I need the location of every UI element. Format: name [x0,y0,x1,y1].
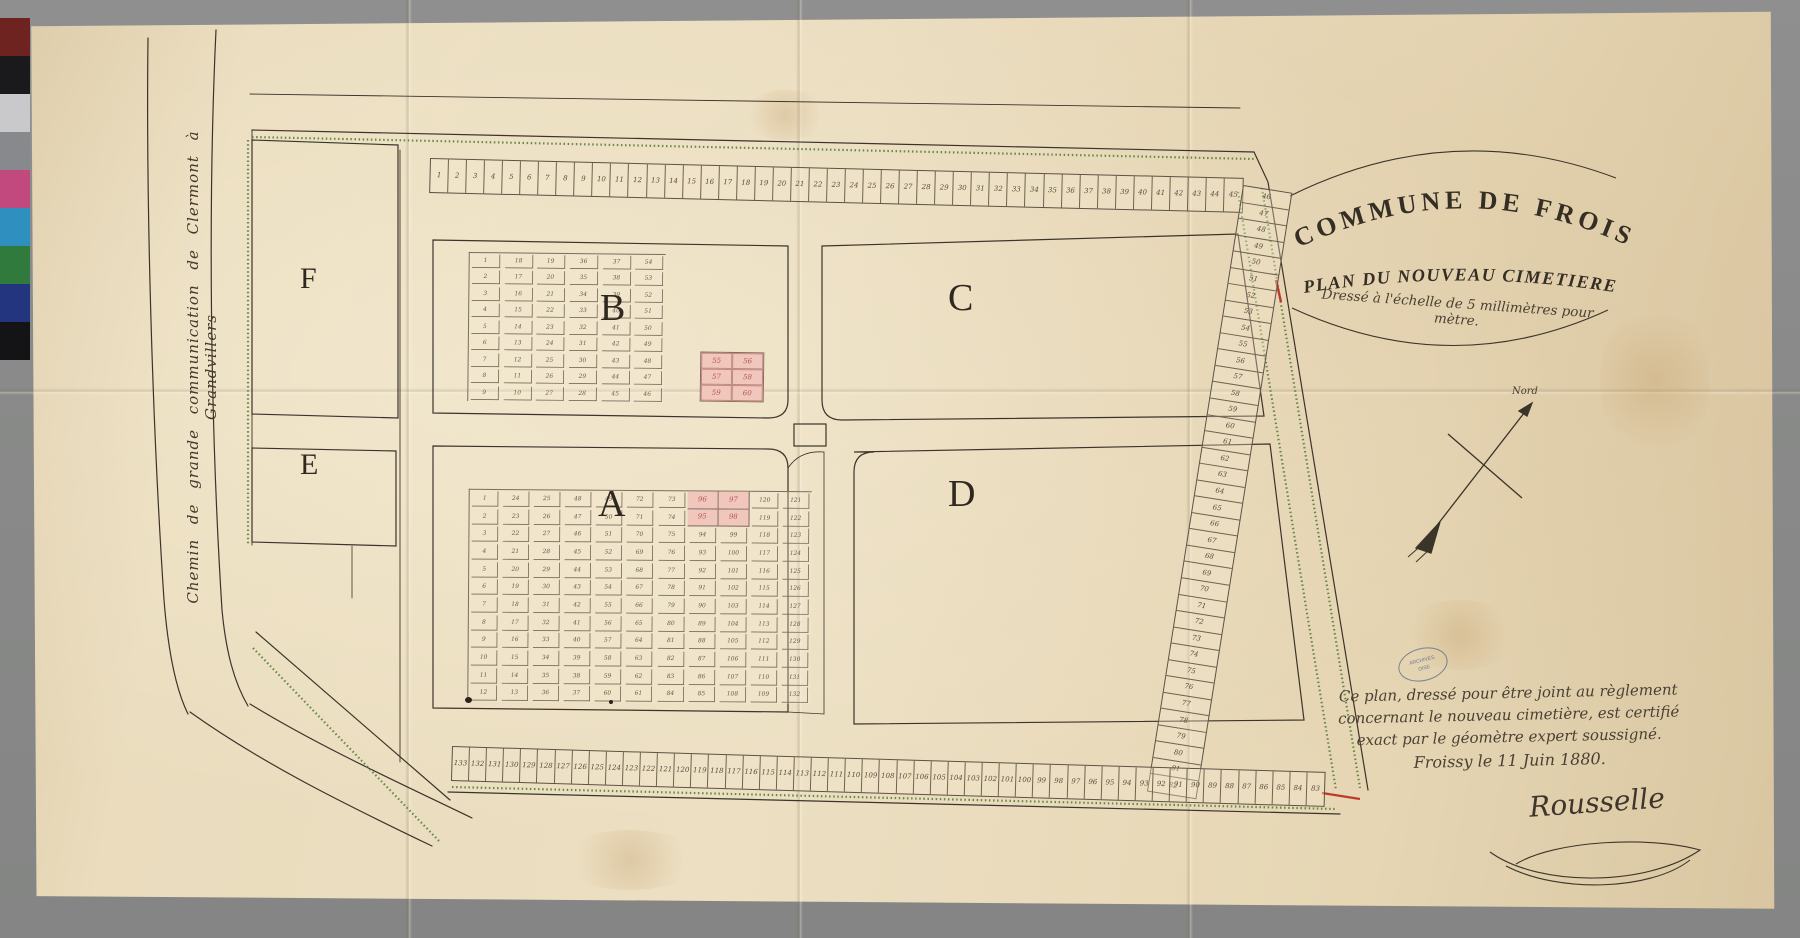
plot-cell: 19 [755,167,774,200]
color-calibration-target [0,18,30,360]
plot-cell: 55 [701,353,732,369]
ink-blot [609,700,613,704]
grave-plot-cell: 43 [565,580,592,595]
plot-cell: 112 [811,758,829,791]
plot-cell: 40 [1134,176,1153,209]
grave-plot-cell: 127 [782,599,809,614]
plot-cell: 30 [953,172,972,205]
grave-plot-cell: 86 [688,669,715,684]
calibration-patch [0,246,30,284]
plot-cell: 132 [469,748,487,781]
plot-cell: 15 [683,165,702,198]
grave-plot-cell: 16 [502,633,529,648]
grave-plot-cell: 124 [782,546,809,561]
plot-cell: 125 [589,751,607,784]
grave-plot-cell: 65 [627,616,654,631]
plot-cell: 5 [502,161,521,194]
grave-plot-cell: 27 [536,386,564,400]
plot-cell: 102 [982,763,1000,796]
stamp-line1: ARCHIVES [1409,655,1435,666]
grave-plot-cell: 120 [752,493,779,508]
grave-plot-cell: 6 [471,579,498,594]
grave-plot-cell: 7 [471,597,498,612]
grave-plot-cell: 78 [658,581,685,596]
grave-plot-cell: 8 [471,615,498,630]
plot-cell: 22 [809,168,828,201]
grave-plot-cell: 13 [502,686,529,701]
grave-plot-cell: 51 [596,527,623,542]
grave-plot-cell: 44 [565,562,592,577]
grave-plot-cell: 91 [689,581,716,596]
plot-cell: 96 [1084,766,1102,799]
plot-cell: 120 [674,754,692,787]
grave-plot-cell: 84 [657,687,684,702]
plot-cell: 127 [555,750,573,783]
plot-cell: 113 [794,757,812,790]
plot-cell: 6 [520,161,539,194]
plot-cell: 99 [1033,764,1051,797]
plot-cell: 94 [1119,767,1137,800]
grave-plot-cell: 54 [596,580,623,595]
plot-cell: 60 [732,385,763,401]
ink-blot [465,697,472,703]
grave-plot-cell: 8 [471,369,499,383]
grave-plot-cell: 10 [471,650,498,665]
plot-cell: 14 [665,165,684,198]
grave-plot-cell: 42 [602,338,630,352]
grave-plot-cell: 9 [471,632,498,647]
plot-cell: 111 [828,758,846,791]
plot-cell: 8 [556,162,575,195]
grave-plot-cell: 131 [782,670,809,685]
plot-cell: 28 [917,171,936,204]
stamp-line2: OISE [1417,664,1430,672]
grave-plot-cell: 7 [471,353,499,367]
grave-plot-cell: 58 [595,651,622,666]
grave-plot-cell: 23 [537,321,565,335]
grave-plot-cell: 35 [533,668,560,683]
plot-cell: 10 [593,163,612,196]
grave-plot-cell: 123 [783,529,810,544]
grave-plot-cell: 104 [720,617,747,632]
grave-plot-cell: 126 [782,582,809,597]
plot-cell: 114 [777,757,795,790]
grave-plot-cell: 14 [502,668,529,683]
plot-cell: 38 [1098,175,1117,208]
grave-plot-cell: 57 [595,633,622,648]
grave-plot-cell: 122 [783,511,810,526]
plot-cell: 92 [1153,768,1171,801]
plot-cell: 23 [827,169,846,202]
plot-cell: 7 [538,162,557,195]
grave-plot-cell: 21 [503,544,530,559]
grave-plot-cell: 93 [689,546,716,561]
grave-plot-cell: 1 [472,491,499,506]
grave-plot-cell: 42 [564,598,591,613]
plot-cell: 12 [629,164,648,197]
plot-cell: 9 [574,163,593,196]
plot-cell: 37 [1080,175,1099,208]
plot-cell: 42 [1170,177,1189,210]
grave-plot-cell: 37 [603,256,631,270]
grave-plot-cell: 72 [627,492,654,507]
grave-plot-cell: 30 [534,580,561,595]
grave-plot-cell: 100 [720,546,747,561]
grave-plot-cell: 33 [570,305,598,319]
plot-cell: 110 [845,759,863,792]
grave-plot-cell: 130 [782,652,809,667]
grave-plot-cell: 41 [564,615,591,630]
grave-plot-cell: 26 [534,509,561,524]
grave-plot-cell: 101 [720,564,747,579]
grave-plot-cell: 32 [569,321,597,335]
grave-plot-cell: 47 [565,509,592,524]
grave-plot-cell: 4 [472,304,500,318]
grave-plot-cell: 35 [570,272,598,286]
plot-cell: 13 [647,164,666,197]
grave-plot-cell: 23 [503,509,530,524]
grave-plot-cell: 15 [502,650,529,665]
section-label-A: A [598,482,625,526]
fold-crease [405,0,412,938]
grave-plot-cell: 19 [502,580,529,595]
plot-cell: 39 [1116,176,1135,209]
grave-plot-cell: 29 [569,370,597,384]
plot-cell: 91 [1170,768,1188,801]
grave-plot-cell: 92 [689,563,716,578]
grave-plot-cell: 9 [471,386,499,400]
grave-plot-cell: 128 [782,617,809,632]
plot-cell: 115 [760,756,778,789]
grave-plot-cell: 85 [688,687,715,702]
plot-cell: 18 [737,167,756,200]
plot-cell: 41 [1152,177,1171,210]
grave-plot-cell: 34 [570,288,598,302]
grave-plot-cell: 45 [565,545,592,560]
fold-crease [796,0,803,938]
reserved-plots-section-b: 555657585960 [700,352,765,403]
plot-cell: 34 [1025,174,1044,207]
section-label-D: D [948,472,975,516]
calibration-patch [0,284,30,322]
grave-plot-cell: 103 [720,599,747,614]
grave-plot-cell: 66 [627,598,654,613]
grave-plot-cell: 25 [536,354,564,368]
grave-plot-cell: 55 [596,598,623,613]
grave-plot-cell: 115 [751,581,778,596]
plot-cell: 36 [1062,174,1081,207]
grave-plot-cell: 48 [565,492,592,507]
plot-cell: 20 [773,167,792,200]
grave-plot-cell: 2 [472,509,499,524]
grave-plot-cell: 20 [537,271,565,285]
grave-plot-cell: 11 [471,668,498,683]
grave-plot-cell: 38 [603,272,631,286]
section-label-B: B [600,286,625,330]
grave-plot-cell: 25 [534,492,561,507]
grave-plot-cell: 80 [658,616,685,631]
grave-plot-cell: 3 [472,526,499,541]
plot-cell: 35 [1043,174,1062,207]
grave-plot-cell: 22 [537,304,565,318]
grave-plot-cell: 73 [658,492,685,507]
grave-plot-cell: 94 [689,528,716,543]
grave-plot-cell: 49 [635,338,663,352]
plot-cell: 89 [1204,769,1222,802]
plot-cell: 26 [881,170,900,203]
grave-plot-cell: 63 [626,651,653,666]
grave-plot-cell: 71 [627,510,654,525]
road-name-label: Chemin de grande communication de Clermo… [184,72,206,662]
grave-plot-cell: 39 [564,651,591,666]
plot-cell: 90 [1187,769,1205,802]
plot-cell: 43 [1188,178,1207,211]
grave-plot-cell: 32 [533,615,560,630]
grave-plot-cell: 12 [504,353,532,367]
plot-cell: 1 [430,159,449,192]
grave-plot-cell: 2 [472,271,500,285]
plot-cell: 2 [448,159,467,192]
plot-cell: 101 [999,763,1017,796]
grave-plot-cell: 13 [504,337,532,351]
calibration-patch [0,94,30,132]
plot-cell: 121 [657,753,675,786]
grave-plot-cell: 38 [564,668,591,683]
grave-plot-cell: 83 [657,669,684,684]
grave-plot-cell: 11 [504,370,532,384]
grave-plot-cell: 125 [782,564,809,579]
plot-cell: 21 [791,168,810,201]
grave-plot-cell: 37 [564,686,591,701]
grave-plot-cell: 70 [627,528,654,543]
grave-plot-cell: 116 [751,564,778,579]
plot-cell: 105 [931,761,949,794]
grave-plot-cell: 53 [635,272,663,286]
grave-plot-cell: 33 [533,633,560,648]
plot-cell: 131 [486,748,504,781]
grave-plot-cell: 129 [782,635,809,650]
grave-plot-cell: 77 [658,563,685,578]
plot-cell: 44 [1206,178,1225,211]
plot-cell: 116 [743,756,761,789]
grave-plot-cell: 51 [635,305,663,319]
grave-plot-cell: 99 [720,528,747,543]
grave-plot-cell: 88 [689,634,716,649]
grave-plot-cell: 64 [626,634,653,649]
grave-plot-cell: 81 [657,634,684,649]
calibration-patch [0,56,30,94]
grave-plot-cell: 12 [471,685,498,700]
plot-cell: 32 [989,173,1008,206]
grave-plot-cell: 10 [503,386,531,400]
grave-grid-section-a: 1234567891011122423222120191817161514132… [467,489,811,704]
grave-plot-cell: 114 [751,599,778,614]
grave-plot-cell: 82 [657,651,684,666]
plot-cell: 59 [701,385,732,401]
grave-plot-cell: 1 [472,254,500,268]
grave-plot-cell: 87 [688,652,715,667]
grave-plot-cell: 67 [627,581,654,596]
grave-plot-cell: 31 [569,337,597,351]
plot-cell: 27 [899,170,918,203]
grave-plot-cell: 21 [537,288,565,302]
north-arrow-label: Nord [1512,386,1538,397]
grave-plot-cell: 26 [536,370,564,384]
grave-plot-cell: 18 [505,255,533,269]
calibration-patch [0,18,30,56]
plot-cell: 118 [708,755,726,788]
plot-cell: 117 [725,755,743,788]
grave-plot-cell: 112 [751,634,778,649]
plot-cell: 4 [484,160,503,193]
grave-plot-cell: 30 [569,354,597,368]
section-label-F: F [300,262,317,296]
grave-plot-cell: 53 [596,563,623,578]
grave-plot-cell: 19 [537,255,565,269]
plot-cell: 100 [1016,764,1034,797]
plot-cell: 86 [1255,771,1273,804]
grave-plot-cell: 27 [534,527,561,542]
grave-plot-cell: 17 [502,615,529,630]
plot-cell: 11 [611,163,630,196]
plot-cell: 16 [701,166,720,199]
plot-cell: 104 [948,762,966,795]
plot-cell: 129 [520,749,538,782]
grave-plot-cell: 95 [687,509,718,527]
plot-cell: 128 [537,750,555,783]
grave-plot-cell: 36 [570,255,598,269]
plot-cell: 95 [1101,766,1119,799]
grave-plot-cell: 5 [471,562,498,577]
grave-plot-cell: 24 [503,491,530,506]
grave-plot-cell: 102 [720,581,747,596]
plot-cell: 88 [1221,770,1239,803]
grave-plot-cell: 48 [634,355,662,369]
grave-plot-cell: 5 [471,320,499,334]
grave-plot-cell: 68 [627,563,654,578]
grave-plot-cell: 62 [626,669,653,684]
grave-plot-cell: 74 [658,510,685,525]
plot-cell: 83 [1307,772,1325,805]
grave-plot-cell: 117 [751,546,778,561]
plot-cell: 57 [701,369,732,385]
plot-cell: 97 [1067,765,1085,798]
grave-plot-cell: 45 [601,387,629,401]
grave-plot-cell: 50 [635,322,663,336]
plot-cell: 107 [896,760,914,793]
plot-cell: 58 [732,369,763,385]
calibration-patch [0,322,30,360]
grave-plot-cell: 98 [718,509,749,527]
plot-cell: 93 [1136,767,1154,800]
grave-plot-cell: 59 [595,669,622,684]
grave-plot-cell: 28 [569,387,597,401]
grave-plot-cell: 110 [751,670,778,685]
grave-plot-cell: 76 [658,545,685,560]
plot-cell: 17 [719,166,738,199]
plot-cell: 108 [879,760,897,793]
grave-plot-cell: 111 [751,652,778,667]
grave-plot-cell: 31 [533,598,560,613]
section-label-E: E [300,448,318,482]
grave-plot-cell: 44 [602,371,630,385]
grave-plot-cell: 29 [534,562,561,577]
grave-plot-cell: 4 [472,544,499,559]
grave-plot-cell: 107 [719,670,746,685]
grave-plot-cell: 56 [595,616,622,631]
grave-plot-cell: 47 [634,371,662,385]
grave-plot-cell: 52 [596,545,623,560]
grave-plot-cell: 113 [751,617,778,632]
plot-cell: 106 [913,761,931,794]
plot-cell: 33 [1007,173,1026,206]
grave-plot-cell: 46 [634,387,662,401]
grave-plot-cell: 17 [505,271,533,285]
calibration-patch [0,132,30,170]
grave-plot-cell: 24 [537,337,565,351]
grave-grid-section-b: 1234567891817161514131211101920212223242… [467,252,666,403]
grave-plot-cell: 108 [719,687,746,702]
plot-cell: 123 [623,752,641,785]
calibration-patch [0,170,30,208]
grave-plot-cell: 119 [752,511,779,526]
grave-plot-cell: 121 [783,493,810,508]
grave-plot-cell: 14 [504,320,532,334]
grave-plot-cell: 52 [635,289,663,303]
grave-plot-cell: 15 [504,304,532,318]
plot-cell: 122 [640,753,658,786]
grave-plot-cell: 34 [533,651,560,666]
grave-plot-cell: 36 [533,686,560,701]
certification-text: Ce plan, dressé pour être joint au règle… [1285,677,1733,776]
grave-plot-cell: 106 [720,652,747,667]
grave-plot-cell: 105 [720,634,747,649]
plot-cell: 103 [965,762,983,795]
grave-plot-cell: 89 [689,616,716,631]
grave-plot-cell: 69 [627,545,654,560]
plot-cell: 56 [732,353,763,369]
plot-cell: 25 [863,170,882,203]
grave-plot-cell: 3 [472,287,500,301]
plot-cell: 31 [971,172,990,205]
grave-plot-cell: 96 [687,491,718,509]
grave-plot-cell: 75 [658,528,685,543]
plot-cell: 119 [691,754,709,787]
grave-plot-cell: 22 [503,527,530,542]
section-label-C: C [948,276,973,320]
grave-plot-cell: 97 [718,492,749,510]
grave-plot-cell: 132 [782,688,809,703]
grave-plot-cell: 46 [565,527,592,542]
grave-plot-cell: 90 [689,599,716,614]
grave-plot-cell: 40 [564,633,591,648]
grave-plot-cell: 18 [502,597,529,612]
grave-plot-cell: 61 [626,687,653,702]
plot-cell: 133 [452,747,470,780]
plot-cell: 109 [862,759,880,792]
grave-plot-cell: 43 [602,354,630,368]
plot-cell: 29 [935,171,954,204]
plot-cell: 87 [1238,770,1256,803]
grave-plot-cell: 28 [534,545,561,560]
grave-plot-cell: 79 [658,598,685,613]
grave-plot-cell: 6 [471,336,499,350]
plot-cell: 84 [1289,772,1307,805]
calibration-patch [0,208,30,246]
plot-cell: 98 [1050,765,1068,798]
grave-plot-cell: 20 [503,562,530,577]
grave-plot-cell: 54 [635,256,663,270]
